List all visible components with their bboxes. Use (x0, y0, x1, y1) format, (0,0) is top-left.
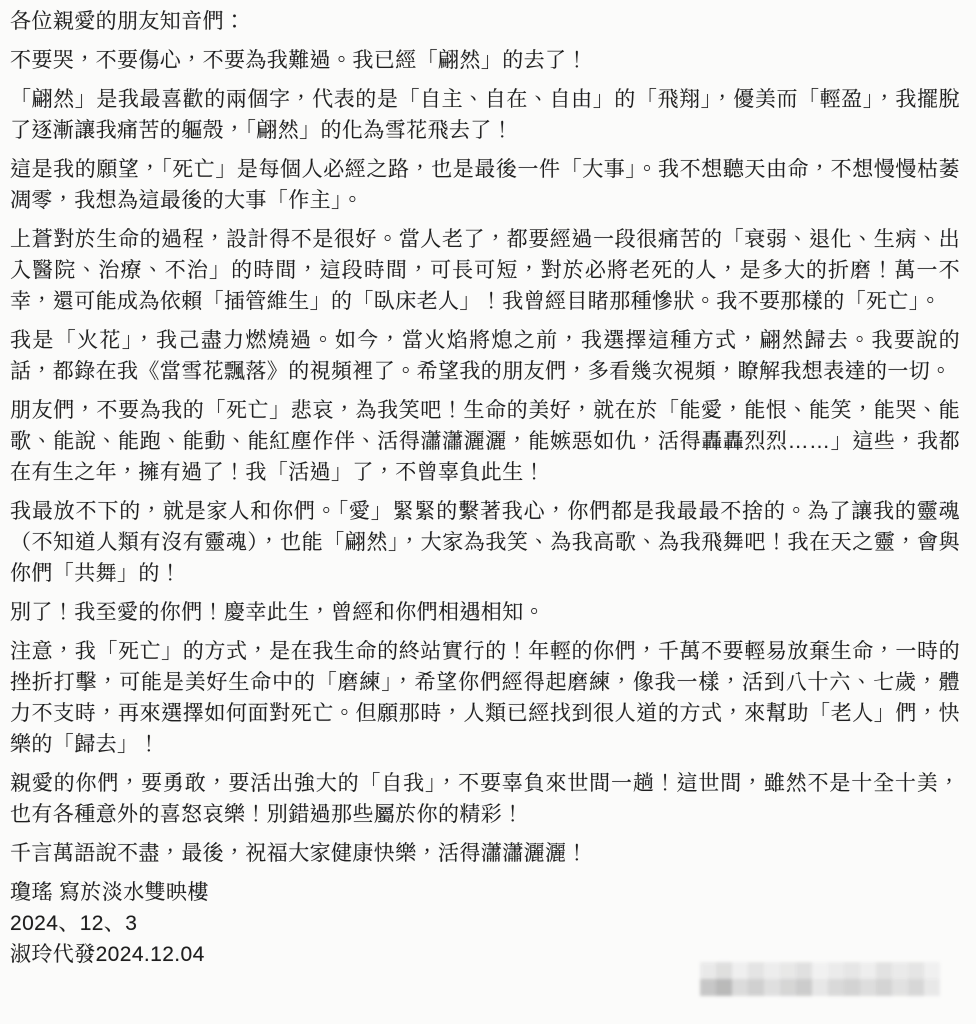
letter-paragraph: 「翩然」是我最喜歡的兩個字，代表的是「自主、自在、自由」的「飛翔」，優美而「輕盈… (10, 84, 960, 146)
watermark-pixel (876, 962, 892, 979)
watermark-pixel (924, 962, 940, 979)
letter-page: 各位親愛的朋友知音們： 不要哭，不要傷心，不要為我難過。我已經「翩然」的去了！「… (0, 0, 976, 970)
watermark-pixel (700, 962, 716, 979)
watermark-pixel (844, 979, 860, 996)
watermark-pixel (828, 962, 844, 979)
letter-paragraph: 千言萬語說不盡，最後，祝福大家健康快樂，活得瀟瀟灑灑！ (10, 838, 960, 869)
letter-paragraph: 朋友們，不要為我的「死亡」悲哀，為我笑吧！生命的美好，就在於「能愛，能恨、能笑，… (10, 395, 960, 488)
letter-paragraph: 別了！我至愛的你們！慶幸此生，曾經和你們相遇相知。 (10, 597, 960, 628)
watermark-pixel (812, 962, 828, 979)
watermark-pixel (764, 979, 780, 996)
watermark-pixel (748, 962, 764, 979)
watermark-pixel (860, 962, 876, 979)
watermark-pixel (892, 962, 908, 979)
signature-author-line: 瓊瑤 寫於淡水雙映樓 (10, 877, 960, 908)
watermark-pixel (748, 979, 764, 996)
watermark-pixel (860, 979, 876, 996)
watermark-pixel (924, 979, 940, 996)
greeting-line: 各位親愛的朋友知音們： (10, 6, 960, 37)
watermark-pixel (780, 962, 796, 979)
signature-date-line: 2024、12、3 (10, 908, 960, 939)
letter-paragraph: 我是「火花」，我己盡力燃燒過。如今，當火焰將熄之前，我選擇這種方式，翩然歸去。我… (10, 325, 960, 387)
watermark-pixel (844, 962, 860, 979)
watermark-pixel (908, 979, 924, 996)
watermark-pixel (876, 979, 892, 996)
watermark-pixel (796, 962, 812, 979)
watermark-pixel (732, 979, 748, 996)
letter-paragraph: 我最放不下的，就是家人和你們。「愛」緊緊的繫著我心，你們都是我最最不捨的。為了讓… (10, 496, 960, 589)
watermark-pixel (764, 962, 780, 979)
watermark-pixel (892, 979, 908, 996)
watermark-pixel (700, 979, 716, 996)
watermark-pixel (716, 979, 732, 996)
letter-paragraph: 親愛的你們，要勇敢，要活出強大的「自我」，不要辜負來世間一趟！這世間，雖然不是十… (10, 768, 960, 830)
watermark-pixel (796, 979, 812, 996)
signature-block: 瓊瑤 寫於淡水雙映樓 2024、12、3 淑玲代發2024.12.04 (10, 877, 960, 970)
watermark-pixel (828, 979, 844, 996)
watermark-pixel (812, 979, 828, 996)
letter-paragraph: 不要哭，不要傷心，不要為我難過。我已經「翩然」的去了！ (10, 45, 960, 76)
blurred-watermark (700, 962, 940, 996)
watermark-pixel (732, 962, 748, 979)
letter-paragraph: 上蒼對於生命的過程，設計得不是很好。當人老了，都要經過一段很痛苦的「衰弱、退化、… (10, 224, 960, 317)
letter-paragraphs: 不要哭，不要傷心，不要為我難過。我已經「翩然」的去了！「翩然」是我最喜歡的兩個字… (10, 45, 960, 869)
letter-paragraph: 這是我的願望，「死亡」是每個人必經之路，也是最後一件「大事」。我不想聽天由命，不… (10, 154, 960, 216)
watermark-pixel (908, 962, 924, 979)
watermark-pixel (780, 979, 796, 996)
letter-paragraph: 注意，我「死亡」的方式，是在我生命的終站實行的！年輕的你們，千萬不要輕易放棄生命… (10, 636, 960, 760)
watermark-pixel (716, 962, 732, 979)
